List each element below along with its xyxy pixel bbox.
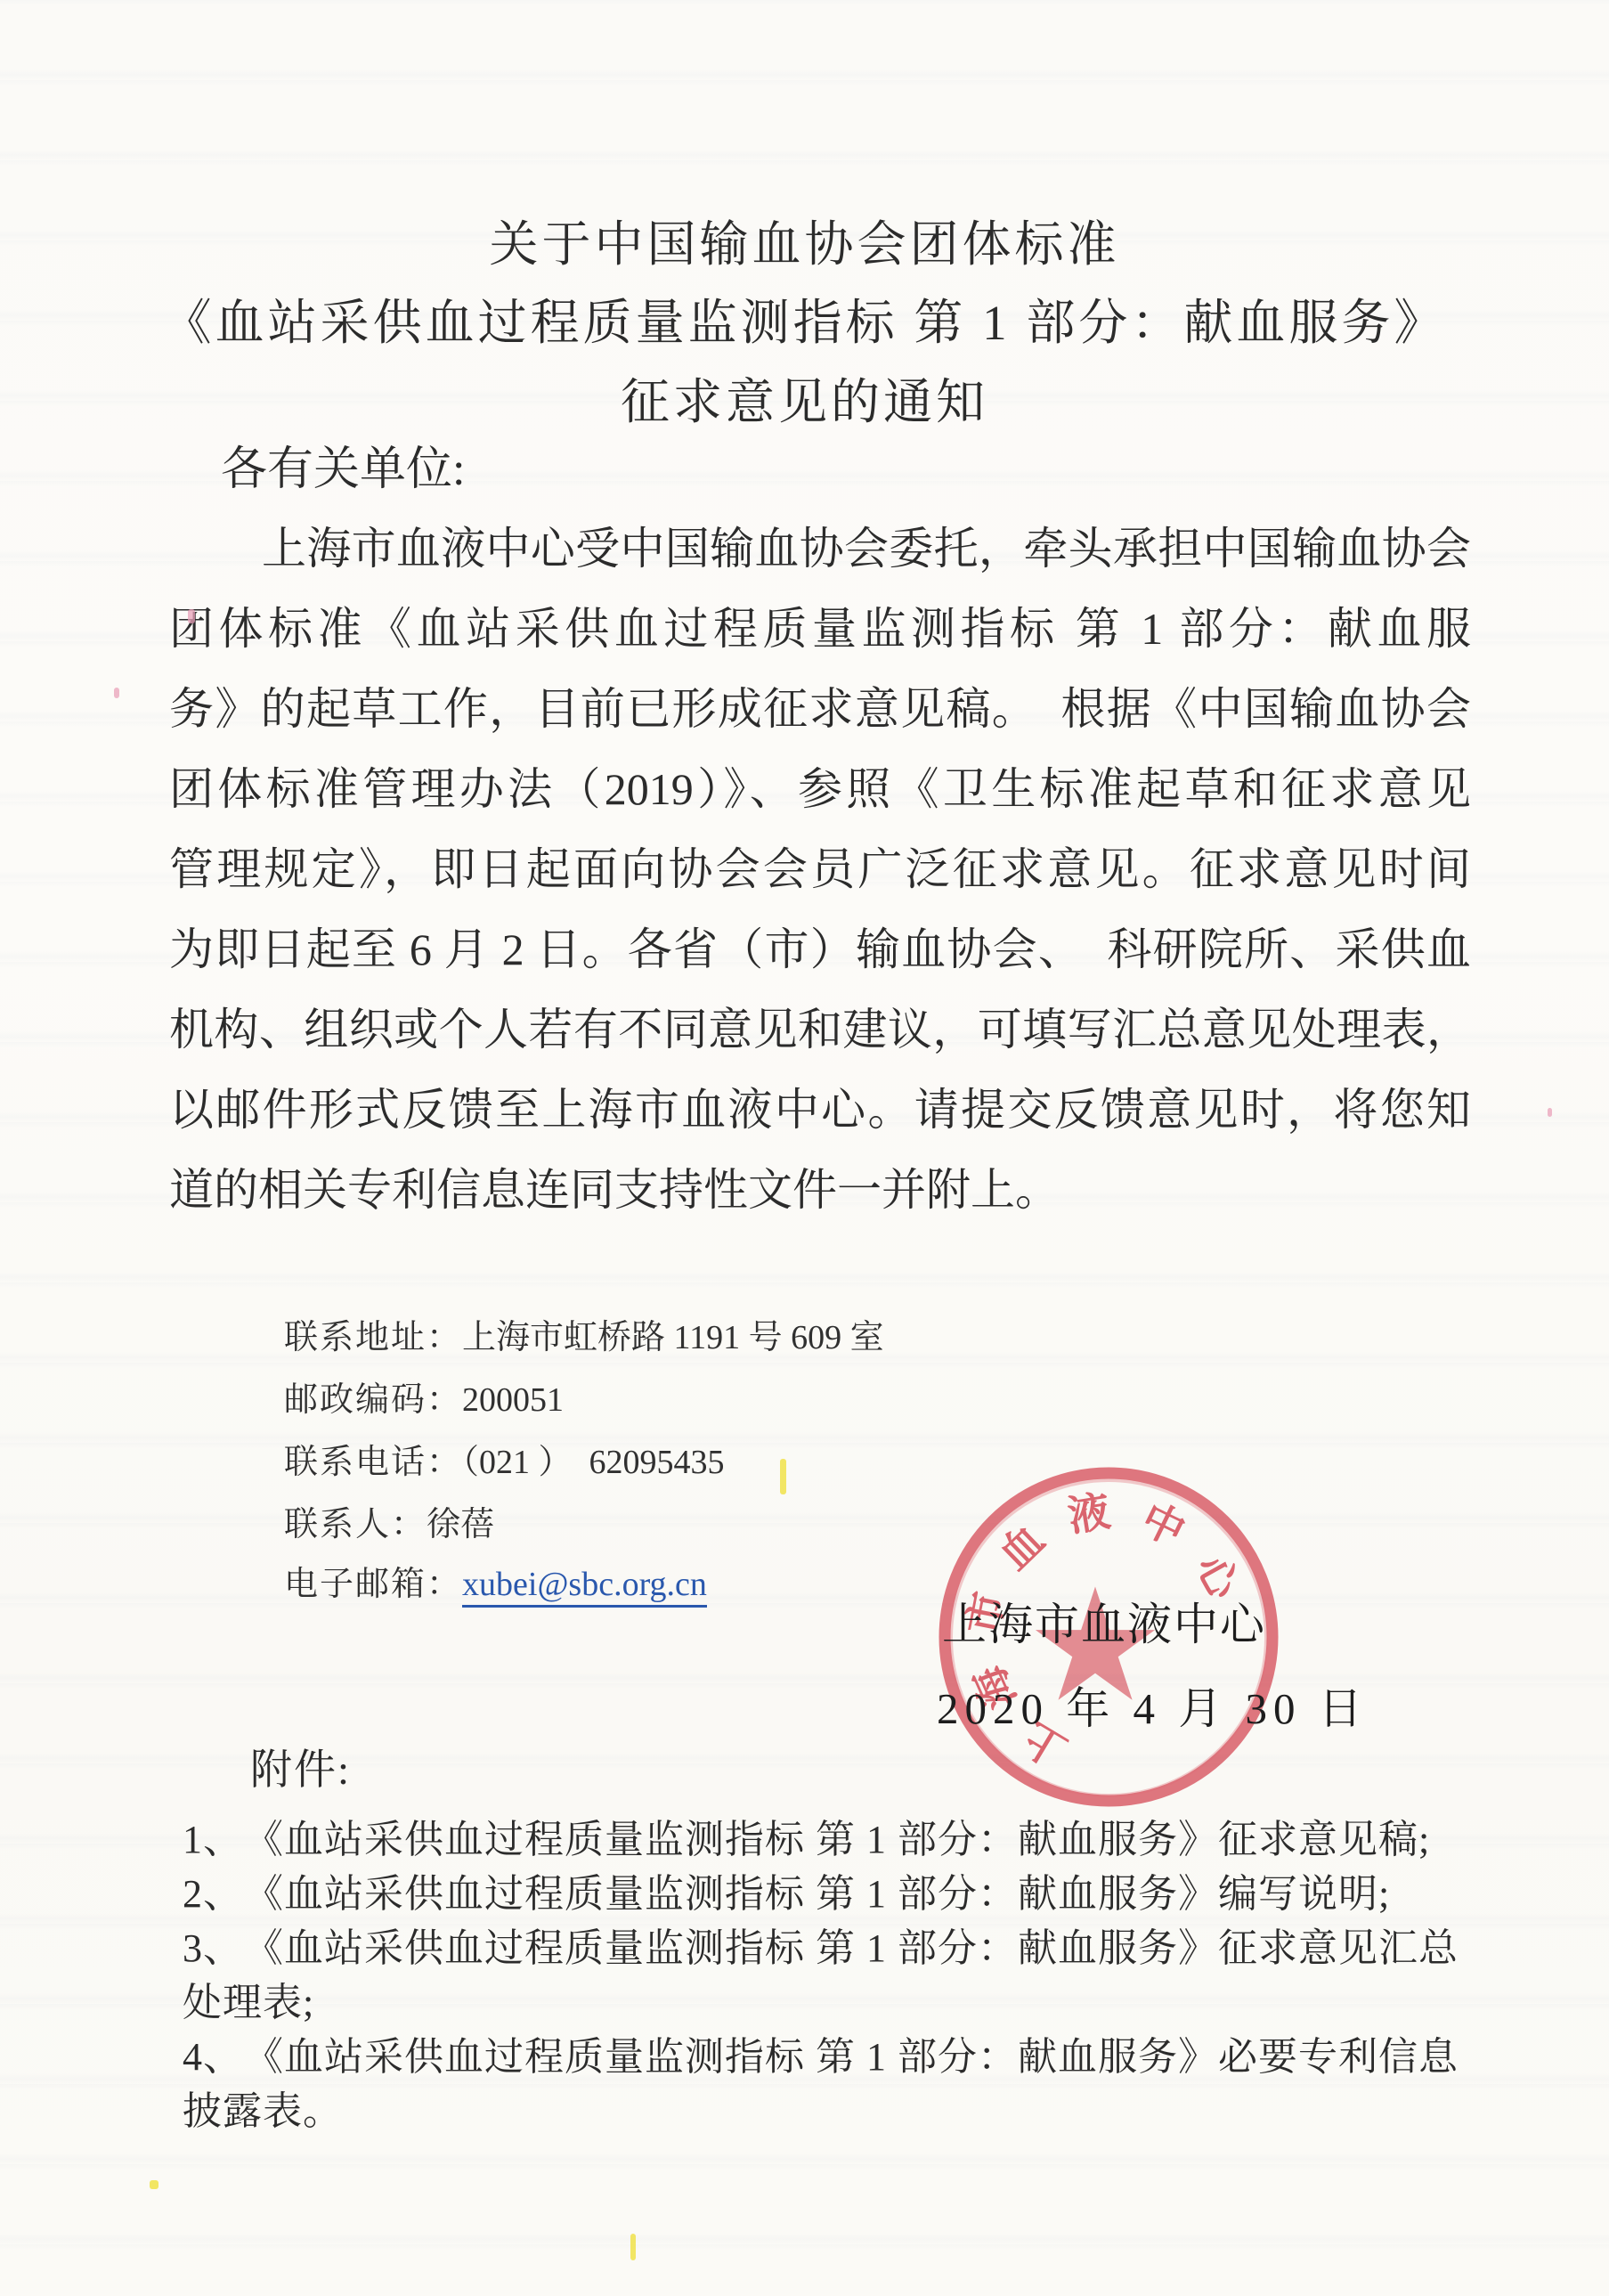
seal-arc-char: 中 — [1134, 1495, 1191, 1555]
scanned-notice-page: 关于中国输血协会团体标准 《血站采供血过程质量监测指标 第 1 部分：献血服务》… — [0, 0, 1609, 2296]
contact-email-label: 电子邮箱： — [284, 1566, 462, 1603]
scan-speck — [630, 2234, 636, 2260]
attachment-item-2: 2、 《血站采供血过程质量监测指标 第 1 部分：献血服务》编写说明; — [183, 1871, 1518, 1918]
attachments-heading: 附件: — [250, 1746, 351, 1795]
scan-speck — [780, 1459, 786, 1494]
scan-speck — [1548, 1108, 1552, 1117]
paragraph-line: 团体标准管理办法（2019）》、参照《卫生标准起草和征求意见 — [169, 764, 1471, 816]
paragraph-line: 上海市血液中心受中国输血协会委托，牵头承担中国输血协会 — [169, 524, 1471, 575]
contact-email-row: 电子邮箱：xubei@sbc.org.cn — [250, 1525, 707, 1644]
paragraph-line: 为即日起至 6 月 2 日。各省（市）输血协会、 科研院所、采供血 — [169, 924, 1471, 976]
seal-arc-char: 液 — [1065, 1488, 1114, 1541]
paragraph-line: 道的相关专利信息连同支持性文件一并附上。 — [169, 1165, 1471, 1217]
attachment-item-1: 1、 《血站采供血过程质量监测指标 第 1 部分：献血服务》征求意见稿; — [183, 1817, 1518, 1864]
scan-speck — [114, 688, 119, 698]
attachment-item-4-wrap: 披露表。 — [183, 2088, 1518, 2136]
paragraph-line: 务》的起草工作，目前已形成征求意见稿。 根据《中国输血协会 — [169, 684, 1471, 736]
attachment-item-4: 4、 《血站采供血过程质量监测指标 第 1 部分：献血服务》必要专利信息 — [183, 2034, 1518, 2081]
paragraph-line: 管理规定》，即日起面向协会会员广泛征求意见。征求意见时间 — [169, 844, 1471, 896]
title-line-1: 关于中国输血协会团体标准 — [0, 216, 1609, 274]
paragraph-line: 以邮件形式反馈至上海市血液中心。请提交反馈意见时，将您知 — [169, 1085, 1471, 1136]
paragraph-line: 机构、组织或个人若有不同意见和建议，可填写汇总意见处理表， — [169, 1005, 1471, 1056]
attachment-item-3: 3、 《血站采供血过程质量监测指标 第 1 部分：献血服务》征求意见汇总 — [183, 1926, 1518, 1973]
signature-org: 上海市血液中心 — [942, 1599, 1266, 1651]
attachment-item-3-wrap: 处理表; — [183, 1980, 1518, 2027]
paragraph-line: 团体标准《血站采供血过程质量监测指标 第 1 部分：献血服 — [169, 604, 1471, 655]
contact-phone-value: （021 ） 62095435 — [462, 1444, 725, 1481]
title-line-2: 《血站采供血过程质量监测指标 第 1 部分：献血服务》 — [0, 295, 1609, 353]
title-line-3: 征求意见的通知 — [0, 374, 1609, 432]
salutation: 各有关单位: — [221, 443, 465, 497]
scan-speck — [150, 2180, 158, 2189]
signature-date: 2020 年 4 月 30 日 — [937, 1683, 1369, 1735]
email-link[interactable]: xubei@sbc.org.cn — [462, 1566, 707, 1608]
